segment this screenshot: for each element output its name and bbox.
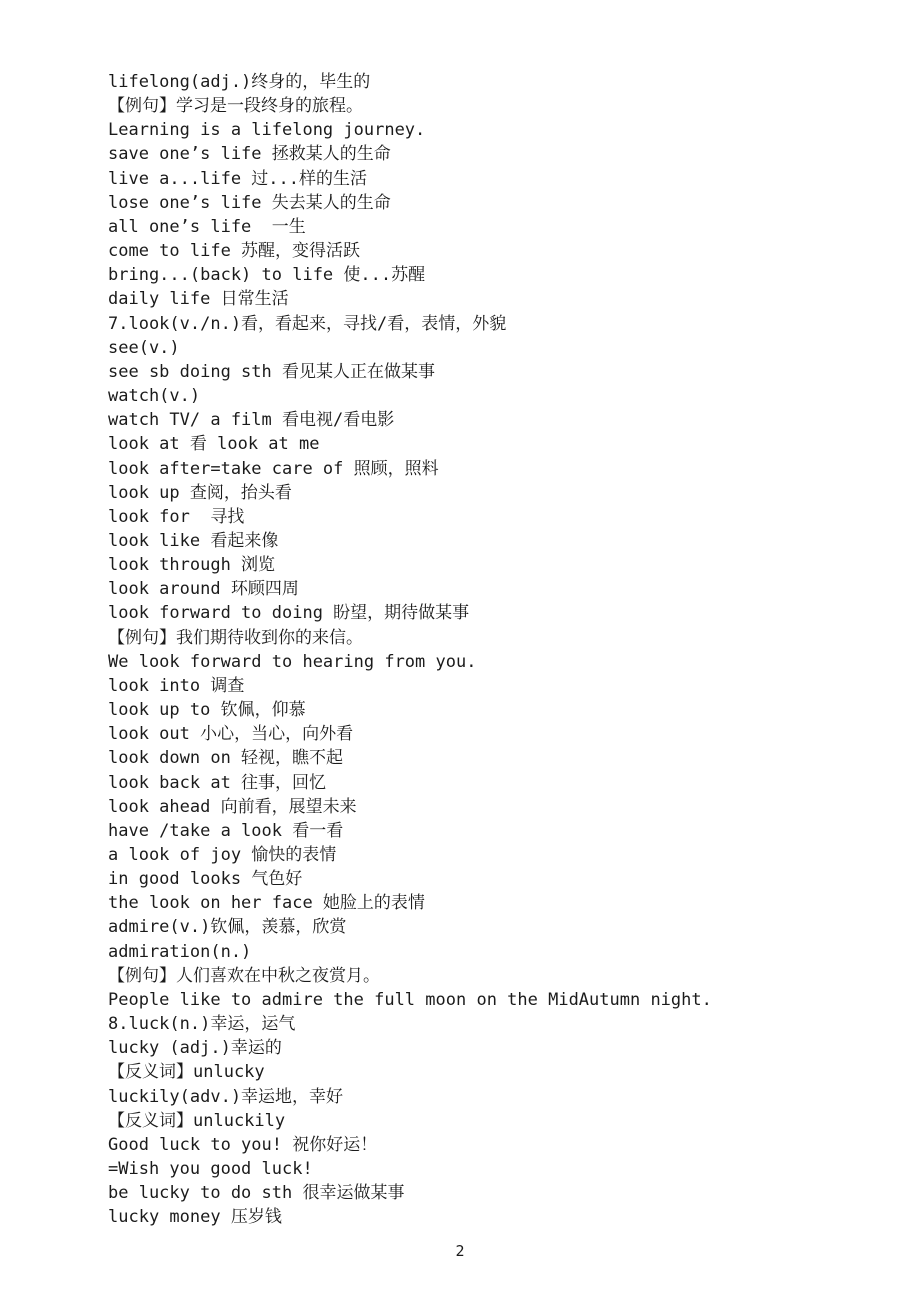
text-line: a look of joy 愉快的表情 [108,843,888,867]
text-line: lifelong(adj.)终身的，毕生的 [108,70,888,94]
text-line: live a...life 过...样的生活 [108,167,888,191]
text-line: We look forward to hearing from you. [108,650,888,674]
text-line: look forward to doing 盼望，期待做某事 [108,601,888,625]
text-line: look at 看 look at me [108,432,888,456]
text-line: see(v.) [108,336,888,360]
text-line: lose one’s life 失去某人的生命 [108,191,888,215]
vocabulary-text-block: lifelong(adj.)终身的，毕生的【例句】学习是一段终身的旅程。Lear… [108,70,888,1230]
text-line: bring...(back) to life 使...苏醒 [108,263,888,287]
text-line: see sb doing sth 看见某人正在做某事 [108,360,888,384]
text-line: come to life 苏醒，变得活跃 [108,239,888,263]
text-line: admiration(n.) [108,940,888,964]
text-line: look after=take care of 照顾，照料 [108,457,888,481]
text-line: admire(v.)钦佩，羡慕，欣赏 [108,915,888,939]
text-line: look up to 钦佩，仰慕 [108,698,888,722]
text-line: look out 小心，当心，向外看 [108,722,888,746]
text-line: look like 看起来像 [108,529,888,553]
text-line: look ahead 向前看，展望未来 [108,795,888,819]
text-line: all one’s life 一生 [108,215,888,239]
text-line: save one’s life 拯救某人的生命 [108,142,888,166]
text-line: 【反义词】unlucky [108,1060,888,1084]
text-line: look through 浏览 [108,553,888,577]
page-number: 2 [0,1242,920,1260]
text-line: watch TV/ a film 看电视/看电影 [108,408,888,432]
text-line: 【例句】人们喜欢在中秋之夜赏月。 [108,964,888,988]
text-line: look for 寻找 [108,505,888,529]
text-line: 【例句】我们期待收到你的来信。 [108,626,888,650]
text-line: in good looks 气色好 [108,867,888,891]
text-line: look down on 轻视，瞧不起 [108,746,888,770]
text-line: look back at 往事，回忆 [108,771,888,795]
text-line: People like to admire the full moon on t… [108,988,888,1012]
text-line: 8.luck(n.)幸运，运气 [108,1012,888,1036]
document-page: lifelong(adj.)终身的，毕生的【例句】学习是一段终身的旅程。Lear… [0,0,920,1302]
text-line: Learning is a lifelong journey. [108,118,888,142]
text-line: have /take a look 看一看 [108,819,888,843]
text-line: lucky money 压岁钱 [108,1205,888,1229]
text-line: 【例句】学习是一段终身的旅程。 [108,94,888,118]
text-line: lucky (adj.)幸运的 [108,1036,888,1060]
text-line: watch(v.) [108,384,888,408]
text-line: 7.look(v./n.)看，看起来，寻找/看，表情，外貌 [108,312,888,336]
text-line: look into 调查 [108,674,888,698]
text-line: daily life 日常生活 [108,287,888,311]
text-line: look around 环顾四周 [108,577,888,601]
text-line: =Wish you good luck! [108,1157,888,1181]
text-line: the look on her face 她脸上的表情 [108,891,888,915]
text-line: look up 查阅，抬头看 [108,481,888,505]
text-line: be lucky to do sth 很幸运做某事 [108,1181,888,1205]
text-line: Good luck to you! 祝你好运！ [108,1133,888,1157]
text-line: 【反义词】unluckily [108,1109,888,1133]
text-line: luckily(adv.)幸运地，幸好 [108,1085,888,1109]
